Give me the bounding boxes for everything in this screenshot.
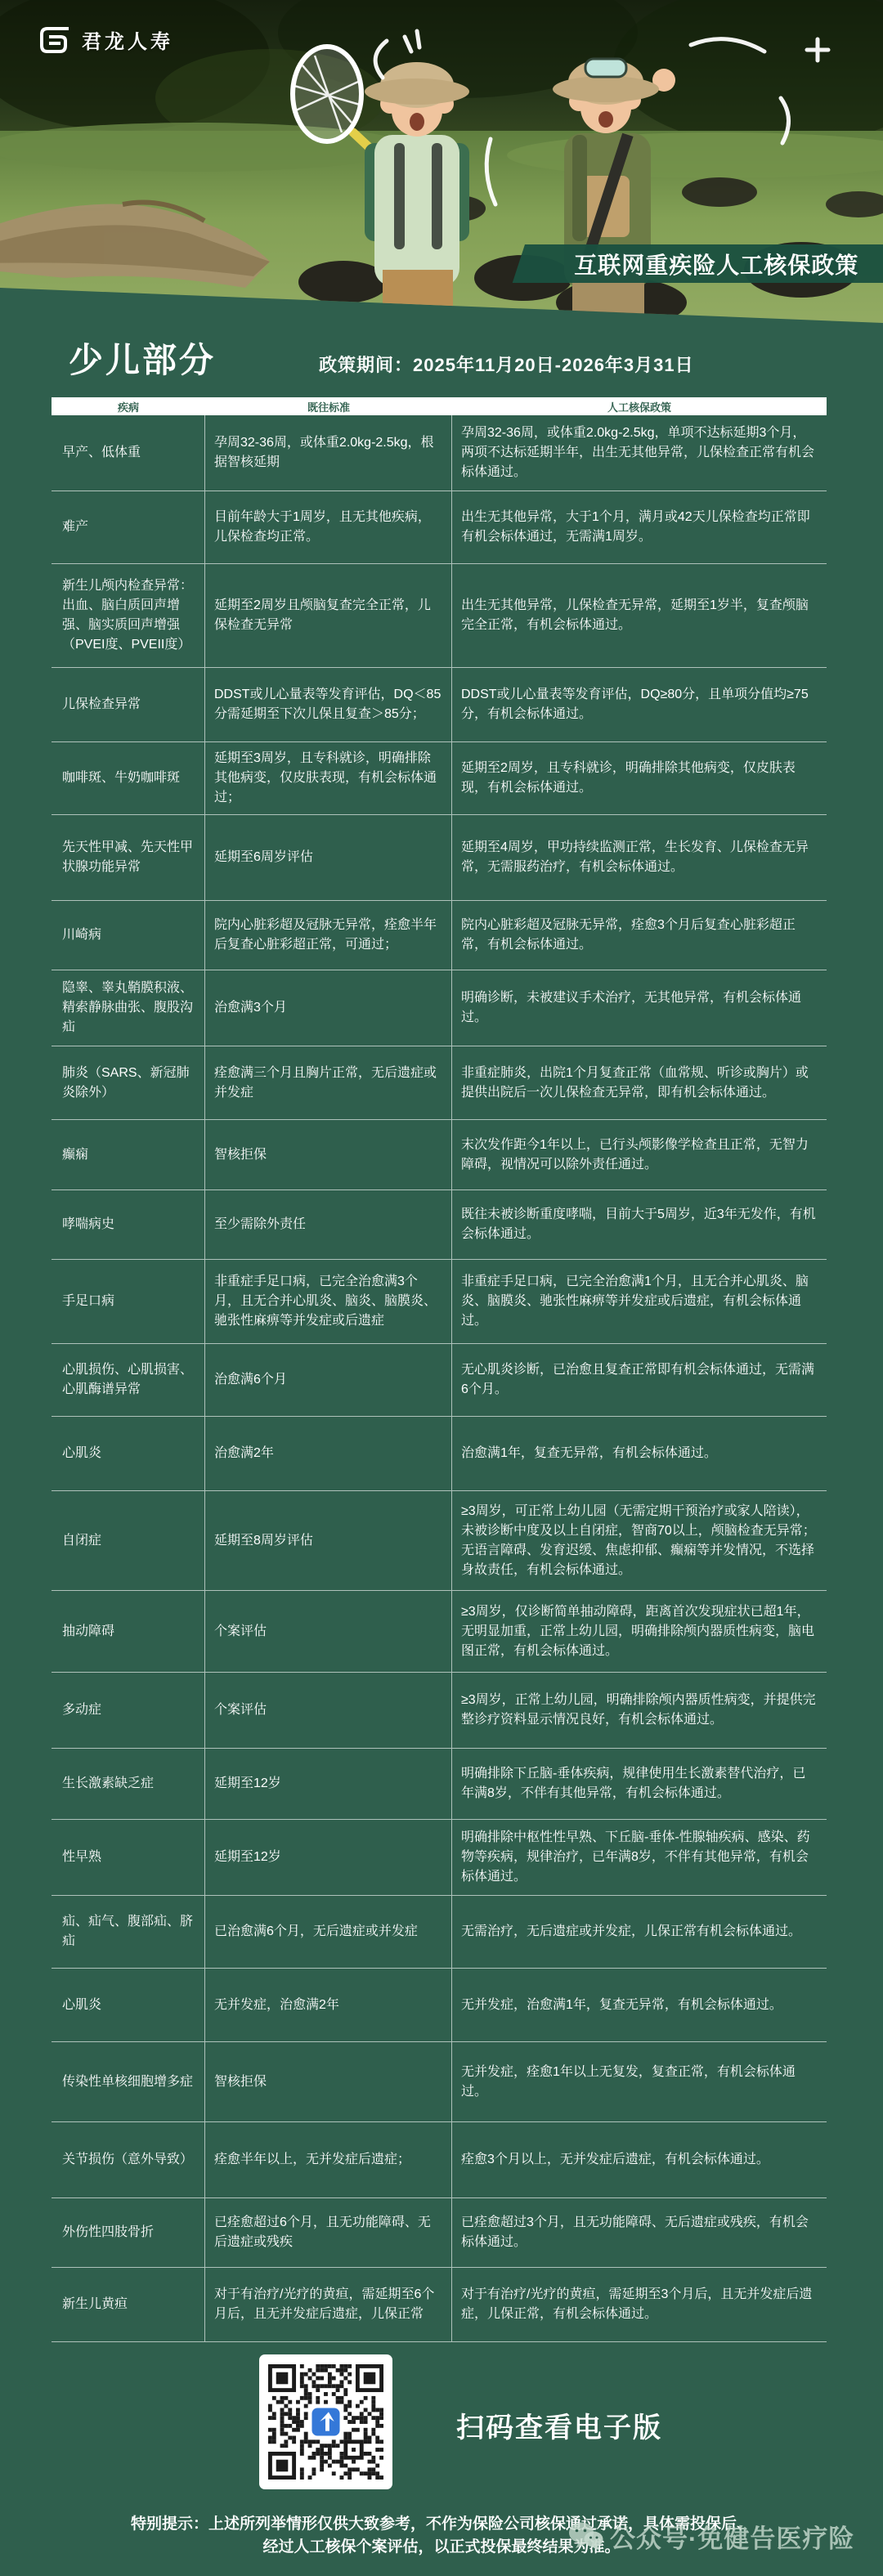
disease-cell: 隐睾、睾丸鞘膜积液、精索静脉曲张、腹股沟疝 [52, 970, 205, 1046]
poster-page: 君龙人寿 互联网重疾险人工核保政策 少儿部分 政策期间：2025年11月20日-… [0, 0, 883, 2576]
table-header-row: 疾病 既往标准 人工核保政策 [52, 397, 827, 415]
previous-standard-cell: 治愈满2年 [205, 1417, 452, 1490]
policy-cell: ≥3周岁，仅诊断简单抽动障碍，距离首次发现症状已超1年，无明显加重，正常上幼儿园… [452, 1591, 827, 1672]
policy-cell: 孕周32-36周，或体重2.0kg-2.5kg，单项不达标延期3个月，两项不达标… [452, 415, 827, 491]
previous-standard-cell: 痊愈满三个月且胸片正常，无后遗症或并发症 [205, 1046, 452, 1119]
previous-standard-cell: 痊愈半年以上，无并发症后遗症； [205, 2122, 452, 2197]
wechat-icon [567, 2520, 603, 2553]
disease-cell: 外伤性四肢骨折 [52, 2198, 205, 2267]
previous-standard-cell: 延期至2周岁且颅脑复查完全正常，儿保检查无异常 [205, 564, 452, 667]
table-row: 抽动障碍个案评估≥3周岁，仅诊断简单抽动障碍，距离首次发现症状已超1年，无明显加… [52, 1591, 827, 1673]
previous-standard-cell: DDST或儿心量表等发育评估，DQ＜85分需延期至下次儿保且复查＞85分； [205, 668, 452, 741]
previous-standard-cell: 对于有治疗/光疗的黄疸，需延期至6个月后，且无并发症后遗症，儿保正常 [205, 2268, 452, 2341]
table-row: 哮喘病史至少需除外责任既往未被诊断重度哮喘，目前大于5周岁，近3年无发作，有机会… [52, 1190, 827, 1260]
policy-cell: 治愈满1年，复查无异常，有机会标体通过。 [452, 1417, 827, 1490]
policy-cell: 痊愈3个月以上，无并发症后遗症，有机会标体通过。 [452, 2122, 827, 2197]
table-row: 自闭症延期至8周岁评估≥3周岁，可正常上幼儿园（无需定期干预治疗或家人陪读），未… [52, 1491, 827, 1591]
table-row: 疝、疝气、腹部疝、脐疝已治愈满6个月，无后遗症或并发症无需治疗，无后遗症或并发症… [52, 1896, 827, 1969]
disease-cell: 传染性单核细胞增多症 [52, 2042, 205, 2121]
table-row: 生长激素缺乏症延期至12岁明确排除下丘脑-垂体疾病，规律使用生长激素替代治疗，已… [52, 1749, 827, 1820]
logo-mark-icon [38, 23, 72, 56]
disease-cell: 心肌炎 [52, 1969, 205, 2041]
policy-cell: 院内心脏彩超及冠脉无异常，痊愈3个月后复查心脏彩超正常，有机会标体通过。 [452, 901, 827, 970]
policy-cell: 延期至2周岁，且专科就诊，明确排除其他病变，仅皮肤表现，有机会标体通过。 [452, 742, 827, 814]
table-row: 心肌炎无并发症，治愈满2年无并发症，治愈满1年，复查无异常，有机会标体通过。 [52, 1969, 827, 2042]
table-row: 心肌炎治愈满2年治愈满1年，复查无异常，有机会标体通过。 [52, 1417, 827, 1491]
disease-cell: 关节损伤（意外导致） [52, 2122, 205, 2197]
previous-standard-cell: 院内心脏彩超及冠脉无异常，痊愈半年后复查心脏彩超正常，可通过； [205, 901, 452, 970]
previous-standard-cell: 智核拒保 [205, 2042, 452, 2121]
previous-standard-cell: 孕周32-36周，或体重2.0kg-2.5kg，根据智核延期 [205, 415, 452, 491]
table-row: 川崎病院内心脏彩超及冠脉无异常，痊愈半年后复查心脏彩超正常，可通过；院内心脏彩超… [52, 901, 827, 970]
policy-cell: 非重症手足口病，已完全治愈满1个月，且无合并心肌炎、脑炎、脑膜炎、驰张性麻痹等并… [452, 1260, 827, 1343]
policy-cell: 延期至4周岁，甲功持续监测正常，生长发育、儿保检查无异常，无需服药治疗，有机会标… [452, 815, 827, 900]
table-row: 肺炎（SARS、新冠肺炎除外）痊愈满三个月且胸片正常，无后遗症或并发症非重症肺炎… [52, 1046, 827, 1120]
disease-cell: 肺炎（SARS、新冠肺炎除外） [52, 1046, 205, 1119]
column-header-manual-policy: 人工核保政策 [452, 399, 827, 414]
previous-standard-cell: 治愈满6个月 [205, 1344, 452, 1416]
table-row: 多动症个案评估≥3周岁，正常上幼儿园，明确排除颅内器质性病变，并提供完整诊疗资料… [52, 1673, 827, 1749]
policy-period: 政策期间：2025年11月20日-2026年3月31日 [319, 352, 694, 377]
disease-cell: 心肌炎 [52, 1417, 205, 1490]
previous-standard-cell: 个案评估 [205, 1591, 452, 1672]
policy-cell: ≥3周岁，可正常上幼儿园（无需定期干预治疗或家人陪读），未被诊断中度及以上自闭症… [452, 1491, 827, 1590]
table-row: 咖啡斑、牛奶咖啡斑延期至3周岁，且专科就诊，明确排除其他病变，仅皮肤表现，有机会… [52, 742, 827, 815]
disease-cell: 多动症 [52, 1673, 205, 1748]
previous-standard-cell: 个案评估 [205, 1673, 452, 1748]
disease-cell: 生长激素缺乏症 [52, 1749, 205, 1819]
disease-cell: 性早熟 [52, 1820, 205, 1895]
previous-standard-cell: 治愈满3个月 [205, 970, 452, 1046]
table-row: 新生儿颅内检查异常：出血、脑白质回声增强、脑实质回声增强（PVEI度、PVEII… [52, 564, 827, 668]
disease-cell: 先天性甲减、先天性甲状腺功能异常 [52, 815, 205, 900]
policy-cell: DDST或儿心量表等发育评估，DQ≥80分，且单项分值均≥75分，有机会标体通过… [452, 668, 827, 741]
previous-standard-cell: 已痊愈超过6个月，且无功能障碍、无后遗症或残疾 [205, 2198, 452, 2267]
policy-cell: 无心肌炎诊断，已治愈且复查正常即有机会标体通过，无需满6个月。 [452, 1344, 827, 1416]
table-row: 心肌损伤、心肌损害、心肌酶谱异常治愈满6个月无心肌炎诊断，已治愈且复查正常即有机… [52, 1344, 827, 1417]
table-body: 早产、低体重孕周32-36周，或体重2.0kg-2.5kg，根据智核延期孕周32… [52, 415, 827, 2342]
disease-cell: 手足口病 [52, 1260, 205, 1343]
policy-cell: 出生无其他异常，儿保检查无异常，延期至1岁半，复查颅脑完全正常，有机会标体通过。 [452, 564, 827, 667]
disease-cell: 心肌损伤、心肌损害、心肌酶谱异常 [52, 1344, 205, 1416]
policy-cell: 无并发症，痊愈1年以上无复发，复查正常，有机会标体通过。 [452, 2042, 827, 2121]
qr-caption: 扫码查看电子版 [456, 2405, 662, 2445]
disease-cell: 抽动障碍 [52, 1591, 205, 1672]
disease-cell: 儿保检查异常 [52, 668, 205, 741]
previous-standard-cell: 延期至12岁 [205, 1749, 452, 1819]
previous-standard-cell: 至少需除外责任 [205, 1190, 452, 1259]
policy-cell: 出生无其他异常，大于1个月，满月或42天儿保检查均正常即有机会标体通过，无需满1… [452, 491, 827, 563]
table-row: 外伤性四肢骨折已痊愈超过6个月，且无功能障碍、无后遗症或残疾已痊愈超过3个月，且… [52, 2198, 827, 2268]
column-header-disease: 疾病 [52, 399, 205, 414]
disease-cell: 哮喘病史 [52, 1190, 205, 1259]
qr-code [268, 2364, 383, 2480]
disease-cell: 疝、疝气、腹部疝、脐疝 [52, 1896, 205, 1968]
ribbon-banner: 互联网重疾险人工核保政策 [513, 244, 883, 283]
policy-cell: 无需治疗，无后遗症或并发症，儿保正常有机会标体通过。 [452, 1896, 827, 1968]
table-row: 手足口病非重症手足口病，已完全治愈满3个月，且无合并心肌炎、脑炎、脑膜炎、驰张性… [52, 1260, 827, 1344]
disease-cell: 新生儿颅内检查异常：出血、脑白质回声增强、脑实质回声增强（PVEI度、PVEII… [52, 564, 205, 667]
previous-standard-cell: 延期至6周岁评估 [205, 815, 452, 900]
table-row: 儿保检查异常DDST或儿心量表等发育评估，DQ＜85分需延期至下次儿保且复查＞8… [52, 668, 827, 742]
brand-logo: 君龙人寿 [38, 23, 173, 56]
previous-standard-cell: 非重症手足口病，已完全治愈满3个月，且无合并心肌炎、脑炎、脑膜炎、驰张性麻痹等并… [205, 1260, 452, 1343]
watermark-text: 公众号·免健告医疗险 [610, 2518, 854, 2555]
table-row: 先天性甲减、先天性甲状腺功能异常延期至6周岁评估延期至4周岁，甲功持续监测正常，… [52, 815, 827, 901]
previous-standard-cell: 延期至3周岁，且专科就诊，明确排除其他病变，仅皮肤表现，有机会标体通过； [205, 742, 452, 814]
table-row: 隐睾、睾丸鞘膜积液、精索静脉曲张、腹股沟疝治愈满3个月明确诊断，未被建议手术治疗… [52, 970, 827, 1046]
policy-cell: 非重症肺炎，出院1个月复查正常（血常规、听诊或胸片）或提供出院后一次儿保检查无异… [452, 1046, 827, 1119]
table-row: 性早熟延期至12岁明确排除中枢性性早熟、下丘脑-垂体-性腺轴疾病、感染、药物等疾… [52, 1820, 827, 1896]
logo-text: 君龙人寿 [82, 25, 173, 54]
disease-cell: 川崎病 [52, 901, 205, 970]
policy-cell: 无并发症，治愈满1年，复查无异常，有机会标体通过。 [452, 1969, 827, 2041]
disease-cell: 咖啡斑、牛奶咖啡斑 [52, 742, 205, 814]
table-row: 关节损伤（意外导致）痊愈半年以上，无并发症后遗症；痊愈3个月以上，无并发症后遗症… [52, 2122, 827, 2198]
policy-cell: 明确排除中枢性性早熟、下丘脑-垂体-性腺轴疾病、感染、药物等疾病，规律治疗，已年… [452, 1820, 827, 1895]
ribbon-title: 互联网重疾险人工核保政策 [518, 248, 858, 280]
qr-code-card [259, 2354, 392, 2489]
table-row: 传染性单核细胞增多症智核拒保无并发症，痊愈1年以上无复发，复查正常，有机会标体通… [52, 2042, 827, 2122]
disease-cell: 新生儿黄疸 [52, 2268, 205, 2341]
underwriting-policy-table: 疾病 既往标准 人工核保政策 早产、低体重孕周32-36周，或体重2.0kg-2… [52, 397, 827, 2342]
previous-standard-cell: 目前年龄大于1周岁，且无其他疾病，儿保检查均正常。 [205, 491, 452, 563]
policy-cell: 明确诊断，未被建议手术治疗，无其他异常，有机会标体通过。 [452, 970, 827, 1046]
table-row: 难产目前年龄大于1周岁，且无其他疾病，儿保检查均正常。出生无其他异常，大于1个月… [52, 491, 827, 564]
account-watermark: 公众号·免健告医疗险 [567, 2518, 854, 2555]
previous-standard-cell: 已治愈满6个月，无后遗症或并发症 [205, 1896, 452, 1968]
policy-cell: ≥3周岁，正常上幼儿园，明确排除颅内器质性病变，并提供完整诊疗资料显示情况良好，… [452, 1673, 827, 1748]
disease-cell: 自闭症 [52, 1491, 205, 1590]
table-row: 新生儿黄疸对于有治疗/光疗的黄疸，需延期至6个月后，且无并发症后遗症，儿保正常对… [52, 2268, 827, 2342]
policy-cell: 对于有治疗/光疗的黄疸，需延期至3个月后，且无并发症后遗症，儿保正常，有机会标体… [452, 2268, 827, 2341]
previous-standard-cell: 延期至12岁 [205, 1820, 452, 1895]
policy-cell: 明确排除下丘脑-垂体疾病，规律使用生长激素替代治疗，已年满8岁，不伴有其他异常，… [452, 1749, 827, 1819]
disease-cell: 难产 [52, 491, 205, 563]
previous-standard-cell: 延期至8周岁评估 [205, 1491, 452, 1590]
policy-cell: 末次发作距今1年以上，已行头颅影像学检查且正常，无智力障碍，视情况可以除外责任通… [452, 1120, 827, 1189]
goggles-icon [585, 59, 626, 77]
table-row: 早产、低体重孕周32-36周，或体重2.0kg-2.5kg，根据智核延期孕周32… [52, 415, 827, 491]
column-header-previous-standard: 既往标准 [205, 399, 452, 414]
section-title: 少儿部分 [69, 334, 216, 383]
disease-cell: 癫痫 [52, 1120, 205, 1189]
policy-cell: 已痊愈超过3个月，且无功能障碍、无后遗症或残疾，有机会标体通过。 [452, 2198, 827, 2267]
previous-standard-cell: 无并发症，治愈满2年 [205, 1969, 452, 2041]
table-row: 癫痫智核拒保末次发作距今1年以上，已行头颅影像学检查且正常，无智力障碍，视情况可… [52, 1120, 827, 1190]
policy-cell: 既往未被诊断重度哮喘，目前大于5周岁，近3年无发作，有机会标体通过。 [452, 1190, 827, 1259]
disease-cell: 早产、低体重 [52, 415, 205, 491]
previous-standard-cell: 智核拒保 [205, 1120, 452, 1189]
